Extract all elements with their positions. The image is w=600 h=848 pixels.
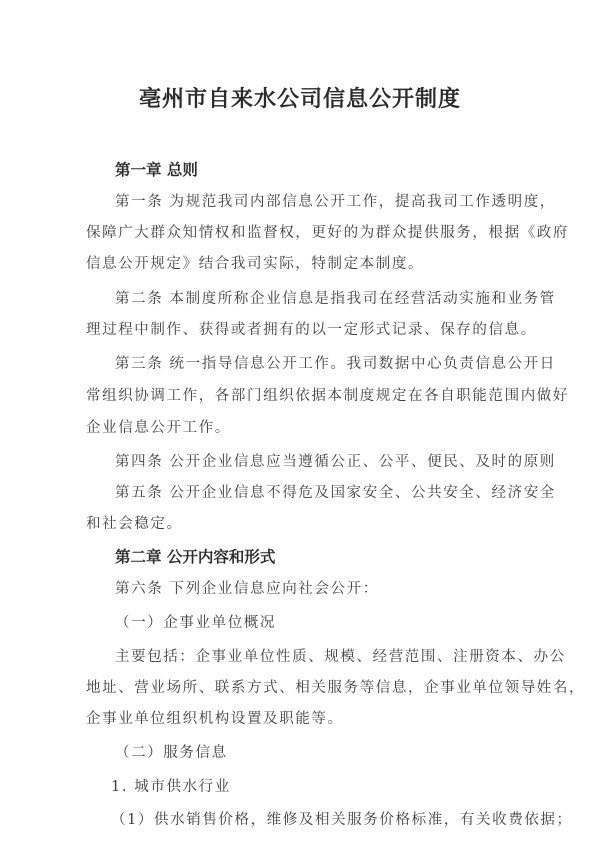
document-page: 亳州市自来水公司信息公开制度 第一章 总则 第一条 为规范我司内部信息公开工作，… [0,0,600,848]
paragraph-line: 企业信息公开工作。 [86,416,231,437]
paragraph-line: 理过程中制作、获得或者拥有的以一定形式记录、保存的信息。 [86,318,537,339]
paragraph-line: 第五条 公开企业信息不得危及国家安全、公共安全、经济安全 [115,481,556,502]
document-title: 亳州市自来水公司信息公开制度 [0,82,600,113]
paragraph-line: 第三条 统一指导信息公开工作。我司数据中心负责信息公开日 [115,352,556,373]
paragraph-line: 信息公开规定》结合我司实际，特制定本制度。 [86,252,424,273]
paragraph-line: 主要包括：企事业单位性质、规模、经营范围、注册资本、办公 [115,645,566,666]
paragraph-line: 第二条 本制度所称企业信息是指我司在经营活动实施和业务管 [115,287,556,308]
paragraph-line: 第六条 下列企业信息应向社会公开： [115,577,379,598]
paragraph-line: 地址、营业场所、联系方式、相关服务等信息，企事业单位领导姓名， [86,676,585,697]
paragraph-line: 第一条 为规范我司内部信息公开工作，提高我司工作透明度， [115,190,556,211]
paragraph-line: （一）企事业单位概况 [115,611,276,632]
paragraph-line: 1. 城市供水行业 [111,775,231,796]
paragraph-line: 企事业单位组织机构设置及职能等。 [86,707,344,728]
paragraph-line: （二）服务信息 [115,741,228,762]
paragraph-line: 和社会稳定。 [86,512,183,533]
paragraph-line: 第四条 公开企业信息应当遵循公正、公平、便民、及时的原则 [115,450,556,471]
paragraph-line: 保障广大群众知情权和监督权，更好的为群众提供服务，根据《政府 [86,221,569,242]
paragraph-line: 常组织协调工作，各部门组织依据本制度规定在各自职能范围内做好 [86,384,569,405]
paragraph-line: （1）供水销售价格，维修及相关服务价格标准，有关收费依据； [111,808,573,829]
chapter-2-heading: 第二章 公开内容和形式 [115,545,275,567]
chapter-1-heading: 第一章 总则 [115,158,198,180]
